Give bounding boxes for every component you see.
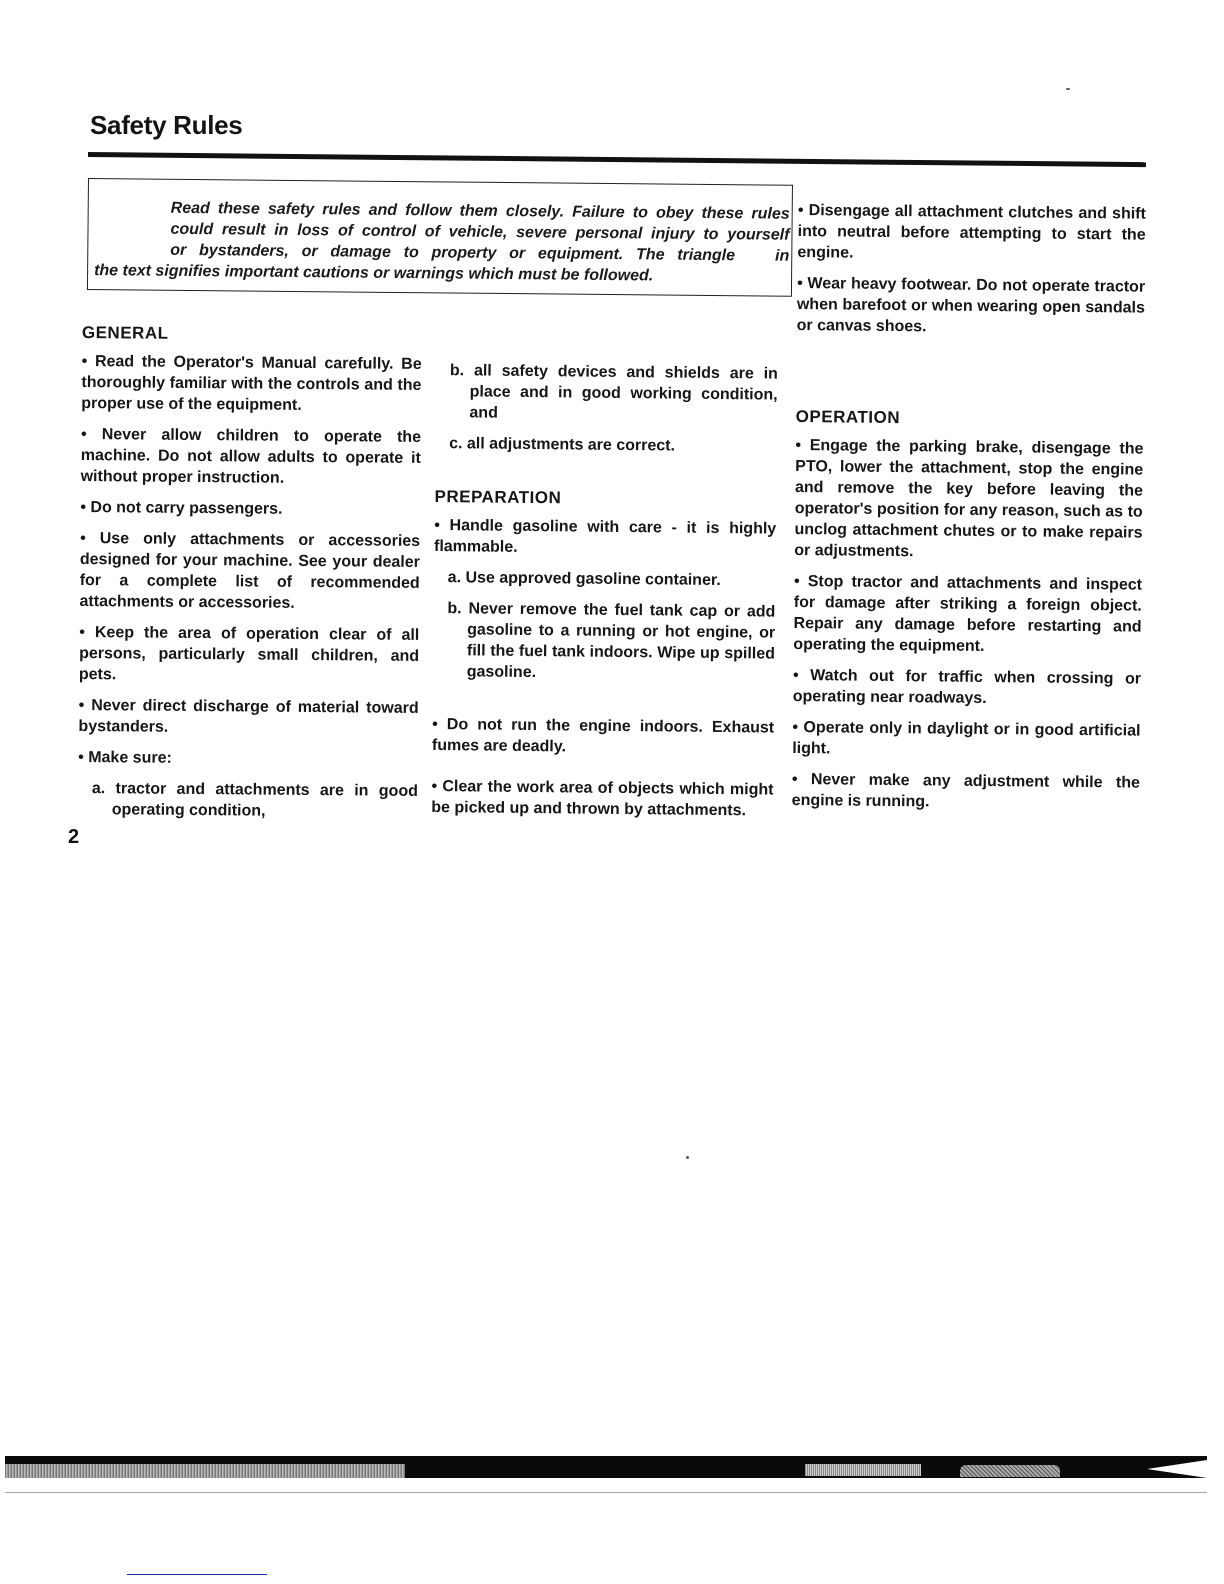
spacer (796, 346, 1145, 410)
scan-speck (686, 1156, 689, 1159)
preparation-item: • Handle gasoline with care - it is high… (434, 515, 776, 561)
preparation-item: • Disengage all attachment clutches and … (797, 200, 1146, 267)
column-operation: • Disengage all attachment clutches and … (791, 200, 1145, 825)
general-item: • Never direct discharge of material tow… (78, 695, 418, 740)
notice-line-3b: in (775, 248, 789, 265)
make-sure-subitem-a: a. tractor and attachments are in good o… (78, 778, 418, 823)
footer-rule (5, 1492, 1207, 1493)
link-underline[interactable] (127, 1574, 267, 1575)
make-sure-subitem-c: c. all adjustments are correct. (435, 433, 777, 458)
general-item: • Never allow children to operate the ma… (81, 424, 422, 490)
footer-halftone (805, 1464, 921, 1476)
title-rule (88, 152, 1146, 167)
safety-notice-text: Read these safety rules and follow them … (94, 197, 790, 288)
page-number: 2 (68, 826, 79, 849)
general-item: • Keep the area of operation clear of al… (79, 622, 420, 688)
column-general: GENERAL • Read the Operator's Manual car… (78, 322, 422, 833)
operation-item: • Never make any adjustment while the en… (792, 769, 1140, 815)
make-sure-subitem-b: b. all safety devices and shields are in… (435, 360, 778, 427)
preparation-subitem: b. Never remove the fuel tank cap or add… (433, 598, 776, 686)
operation-item: • Watch out for traffic when crossing or… (793, 665, 1141, 711)
scan-speck (1066, 88, 1070, 90)
page-title: Safety Rules (90, 110, 242, 141)
general-item: • Read the Operator's Manual carefully. … (81, 351, 422, 417)
column-preparation: b. all safety devices and shields are in… (431, 360, 778, 832)
general-item: • Do not carry passengers. (80, 497, 420, 521)
general-item: • Use only attachments or accessories de… (79, 528, 420, 615)
footer-halftone (960, 1465, 1060, 1477)
footer-notch (1147, 1460, 1207, 1478)
preparation-item: • Do not run the engine indoors. Exhaust… (432, 714, 774, 760)
footer-scan-bar (5, 1456, 1207, 1478)
operation-item: • Stop tractor and attachments and inspe… (793, 571, 1142, 659)
heading-operation: OPERATION (796, 406, 1144, 431)
preparation-item: • Wear heavy footwear. Do not operate tr… (797, 273, 1146, 340)
operation-item: • Engage the parking brake, disengage th… (794, 435, 1143, 565)
preparation-subitem: a. Use approved gasoline container. (434, 567, 776, 592)
preparation-item: • Clear the work area of objects which m… (431, 776, 773, 822)
heading-preparation: PREPARATION (434, 486, 776, 511)
safety-notice-box: Read these safety rules and follow them … (87, 178, 793, 297)
heading-general: GENERAL (82, 322, 422, 346)
general-item: • Make sure: (78, 747, 418, 771)
operation-item: • Operate only in daylight or in good ar… (792, 717, 1140, 763)
footer-halftone (5, 1464, 405, 1478)
